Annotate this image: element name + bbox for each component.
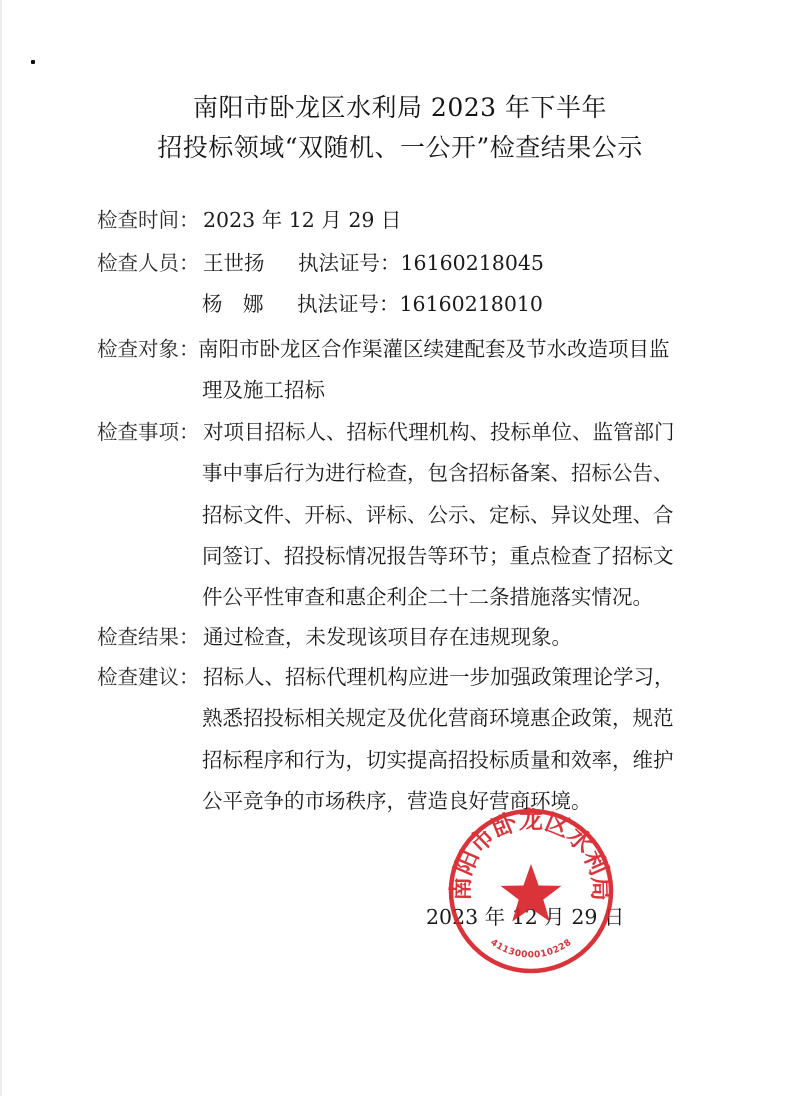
section-inspectors: 检查人员：王世扬执法证号：16160218045 <box>97 242 544 284</box>
inspector-name: 王世扬 <box>203 242 298 284</box>
result-value: 通过检查，未发现该项目存在违规现象。 <box>203 625 572 649</box>
document-title-line1: 南阳市卧龙区水利局 2023 年下半年 <box>0 88 800 124</box>
section-advice: 检查建议：招标人、招标代理机构应进一步加强政策理论学习， <box>97 656 675 698</box>
object-line: 理及施工招标 <box>202 369 325 411</box>
scan-edge <box>0 0 2 1096</box>
advice-line: 招标人、招标代理机构应进一步加强政策理论学习， <box>203 665 675 689</box>
cert-label: 执法证号： <box>298 242 401 284</box>
items-line: 对项目招标人、招标代理机构、投标单位、监管部门 <box>203 420 675 444</box>
section-time: 检查时间：2023 年 12 月 29 日 <box>97 199 401 241</box>
official-seal-icon: 南阳市卧龙区水利局 4113000010228 <box>446 806 616 976</box>
items-line: 件公平性审查和惠企利企二十二条措施落实情况。 <box>202 576 653 618</box>
cert-number: 16160218010 <box>400 292 543 316</box>
cert-number: 16160218045 <box>401 251 544 275</box>
object-line: 南阳市卧龙区合作渠灌区续建配套及节水改造项目监 <box>198 337 670 361</box>
document-title-line2: 招投标领域“双随机、一公开”检查结果公示 <box>0 128 800 164</box>
inspector-row-2: 杨 娜执法证号：16160218010 <box>202 283 543 325</box>
object-label: 检查对象： <box>97 328 198 370</box>
time-value: 2023 年 12 月 29 日 <box>203 208 401 232</box>
advice-label: 检查建议： <box>97 656 203 698</box>
advice-line: 熟悉招投标相关规定及优化营商环境惠企政策，规范 <box>202 697 674 739</box>
items-line: 同签订、招投标情况报告等环节；重点检查了招标文 <box>202 535 674 577</box>
items-label: 检查事项： <box>97 411 203 453</box>
seal-number: 4113000010228 <box>488 938 574 961</box>
cert-label: 执法证号： <box>297 283 400 325</box>
scan-speck <box>31 60 35 64</box>
items-line: 招标文件、开标、评标、公示、定标、异议处理、合 <box>202 494 674 536</box>
section-object: 检查对象：南阳市卧龙区合作渠灌区续建配套及节水改造项目监 <box>97 328 670 370</box>
section-result: 检查结果：通过检查，未发现该项目存在违规现象。 <box>97 616 572 658</box>
inspector-name: 杨 娜 <box>202 283 297 325</box>
items-line: 事中事后行为进行检查，包含招标备案、招标公告、 <box>202 452 674 494</box>
section-items: 检查事项：对项目招标人、招标代理机构、投标单位、监管部门 <box>97 411 675 453</box>
result-label: 检查结果： <box>97 616 203 658</box>
time-label: 检查时间： <box>97 199 203 241</box>
star-icon <box>501 864 562 922</box>
inspectors-label: 检查人员： <box>97 242 203 284</box>
advice-line: 招标程序和行为，切实提高招投标质量和效率，维护 <box>202 739 674 781</box>
svg-text:4113000010228: 4113000010228 <box>488 938 574 961</box>
